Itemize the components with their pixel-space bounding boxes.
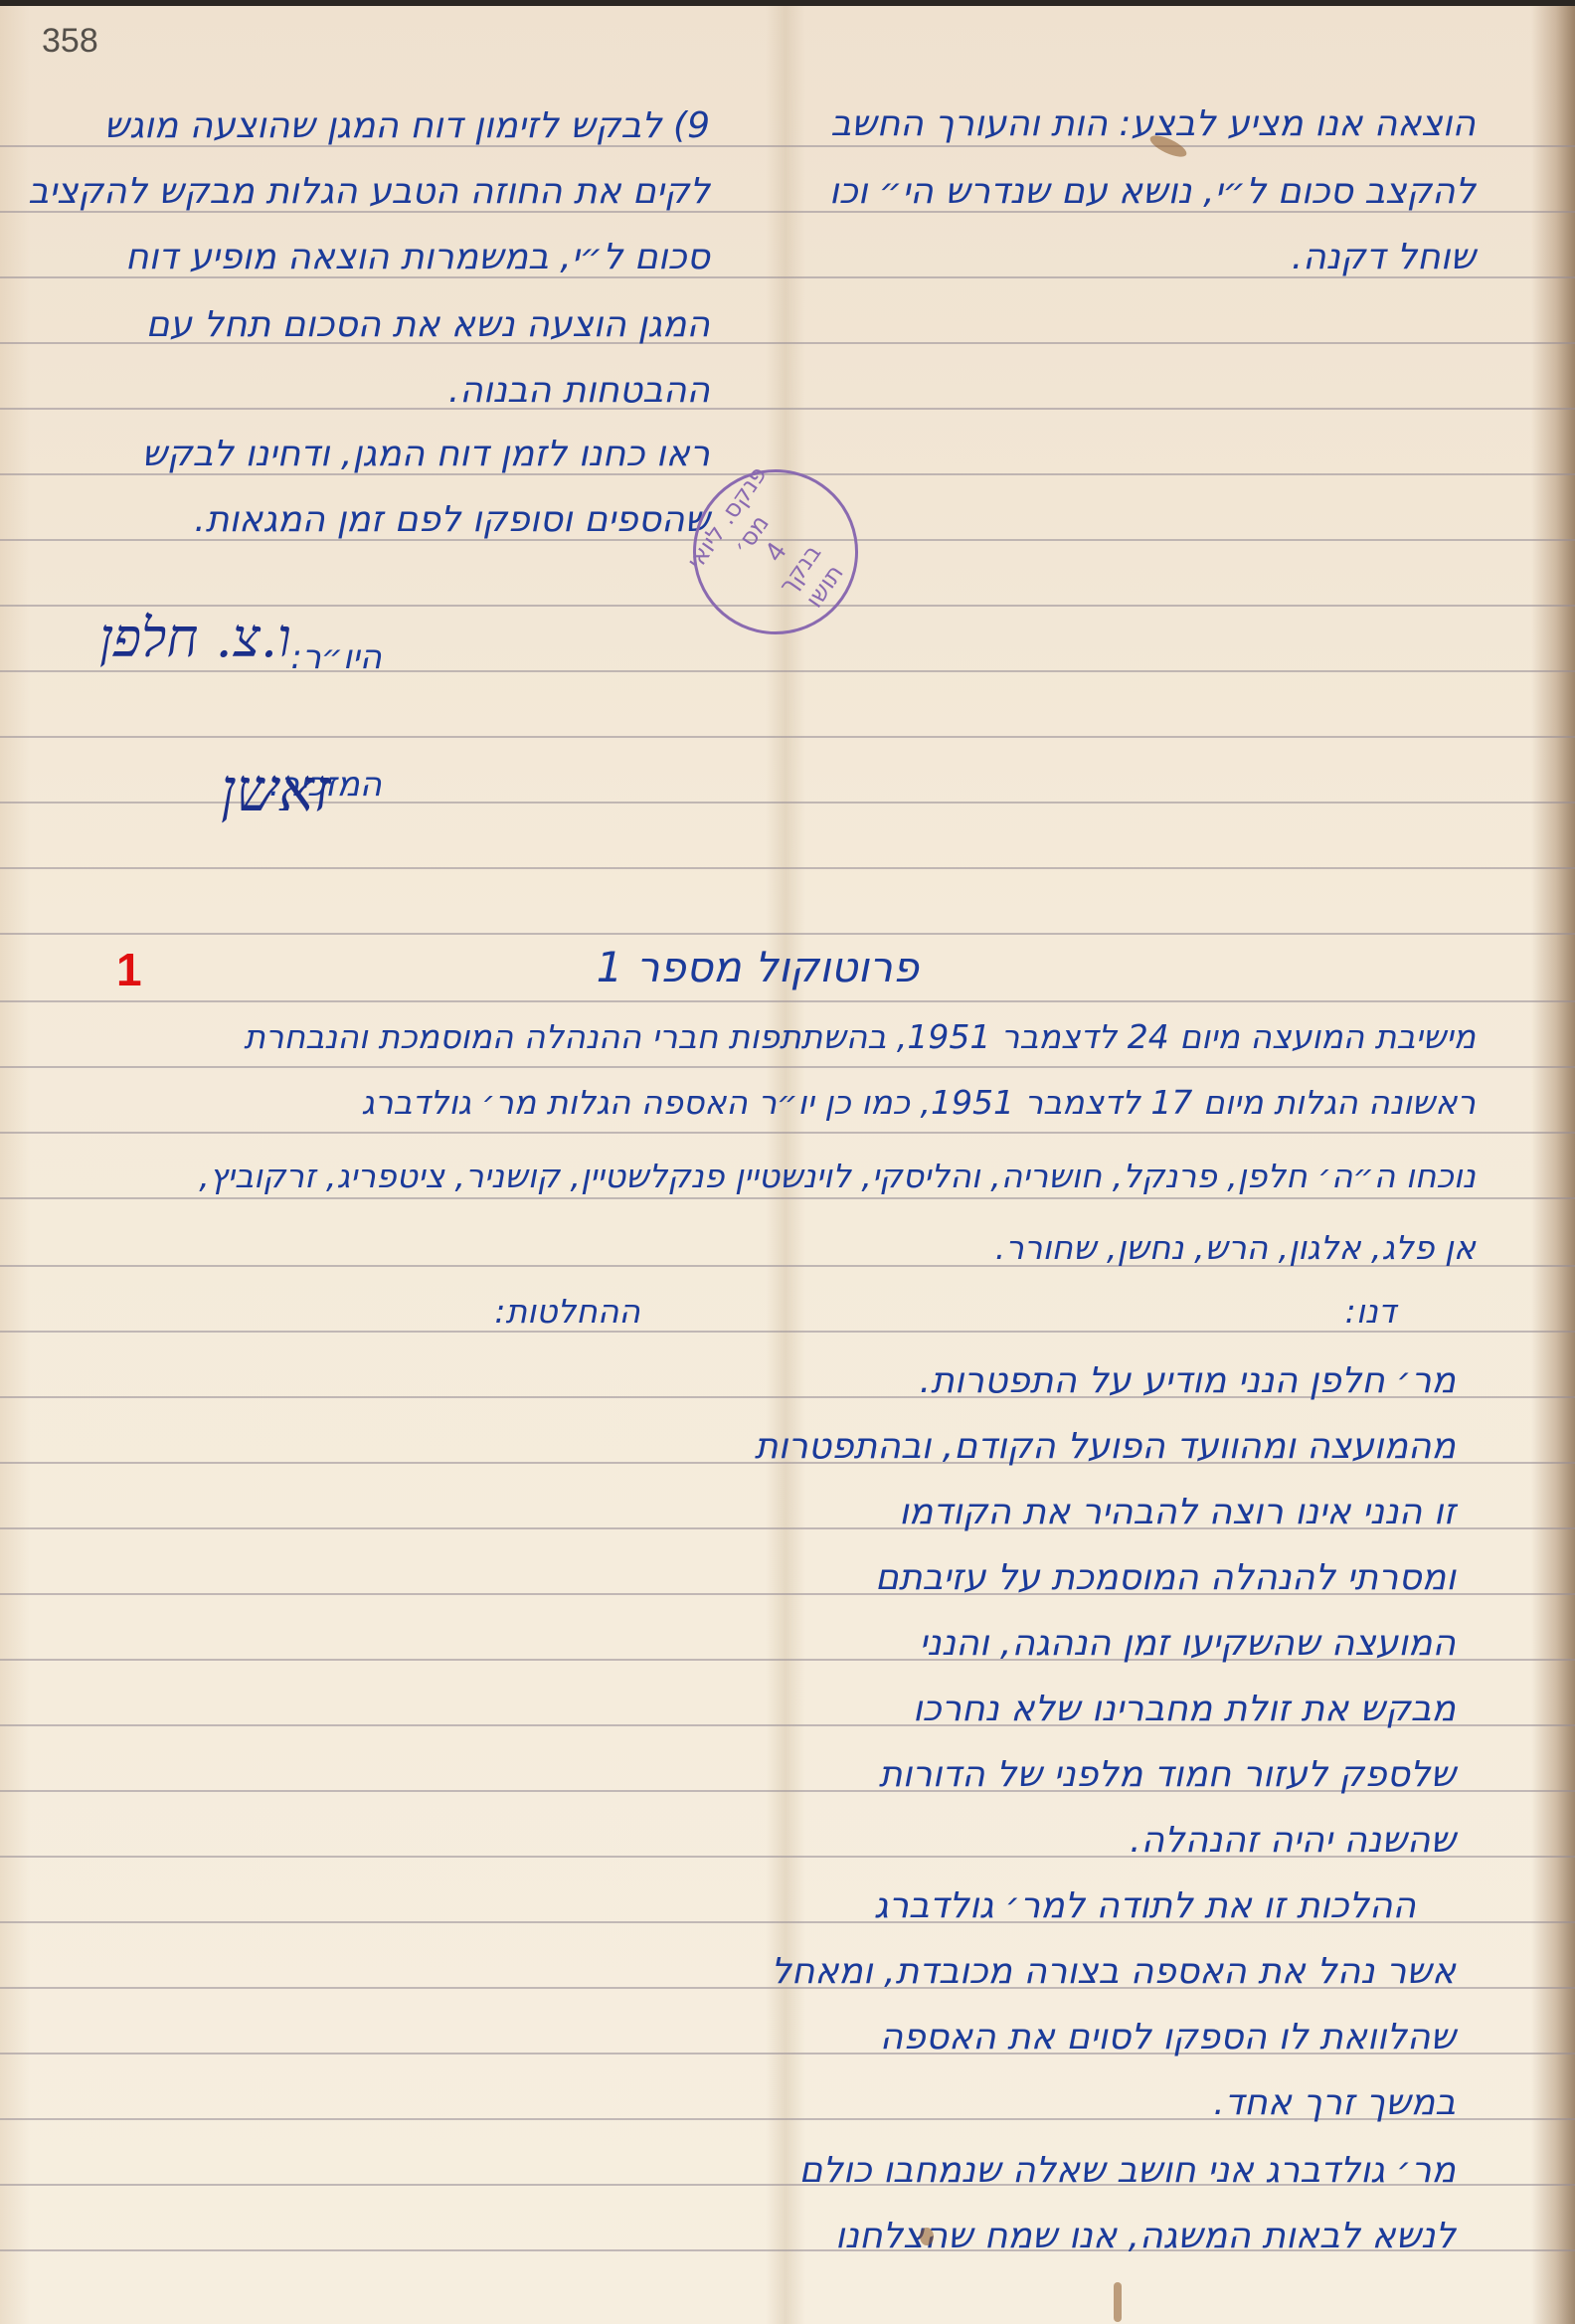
ruled-line [0, 670, 1575, 672]
body-line: במשך זרך אחד. [1213, 2070, 1456, 2136]
intro-line: נוכחו ה״ה׳ חלפן, פרנקל, חושריה, והליסקי,… [199, 1144, 1476, 1209]
scan-top-edge [0, 0, 1575, 6]
top-left-line: שהספים וסופקו לפם זמן המגאות. [194, 487, 710, 553]
body-line: אשר נהל את האספה בצורה מכובדת, ומאחל [771, 1939, 1456, 2005]
top-right-line: הוצאה אנו מציע לבצע: הות והעורך החשב [830, 91, 1476, 157]
ruled-line [0, 408, 1575, 410]
top-left-line: לקים את החוזה הטבע הגלות מבקש להקציב [28, 159, 710, 225]
ink-stain [1114, 2282, 1122, 2322]
agenda-heading: דנו: [1345, 1279, 1396, 1344]
top-left-line: 9) לבקש לזימון דוח המגן שהוצעה מוגש [104, 93, 710, 159]
document-page: 358 הוצאה אנו מציע לבצע: הות והעורך החשב… [0, 0, 1575, 2324]
body-line: מר׳ חלפן הנני מודיע על התפטרות. [920, 1348, 1456, 1414]
ink-stain [920, 2228, 934, 2245]
protocol-title: פרוטוקול מספר 1 [597, 935, 919, 1000]
ruled-line [0, 1000, 1575, 1002]
chair-label: היו״ר: [290, 625, 382, 690]
ruled-line [0, 867, 1575, 869]
ruled-line [0, 1331, 1575, 1333]
ruled-line [0, 736, 1575, 738]
body-line: שהשנה יהיה זהנהלה. [1130, 1808, 1456, 1874]
top-left-line: ראו כחנו לזמן דוח המגן, ודחינו לבקש [142, 422, 710, 487]
body-line: ומסרתי להנהלה המוסמכת על עזיבתם [875, 1545, 1456, 1611]
annotation-marker: 1 [116, 943, 142, 996]
body-line: מר׳ גולדברג אני חושב שאלה שנמחבו כולם [798, 2138, 1456, 2204]
body-line: שהלוואת לו הספקו לסוים את האספה [880, 2005, 1456, 2070]
top-left-line: המגן הוצעה נשא את הסכום תחל עם [146, 292, 710, 358]
body-line: זו הנני אינו רוצה להבהיר את הקודמו [899, 1480, 1456, 1545]
body-line: המועצה שהשקיעו זמן הנהגה, והנני [919, 1611, 1456, 1677]
top-left-line: סכום ל״י, במשמרות הוצאה מופיע דוח [125, 225, 710, 290]
body-line: מהמועצה ומהוועד הפועל הקודם, ובהתפטרות [755, 1414, 1456, 1480]
decisions-heading: ההחלטות: [494, 1279, 640, 1344]
body-line: מבקש את זולת מחברינו שלא נחרכו [913, 1677, 1456, 1742]
intro-line: ראשונה הגלות מיום 17 לדצמבר 1951, כמו כן… [361, 1070, 1476, 1136]
top-right-line: שוחל דקנה. [1292, 225, 1476, 290]
intro-line: אן פלג, אלגון, הרש, נחשן, שחורר. [995, 1215, 1476, 1281]
chair-signature: ו.צ. חלפן [99, 607, 291, 669]
secretary-signature: זאשן [221, 756, 331, 825]
body-line: ההלכות זו את לתודה למר׳ גולדברג [874, 1874, 1416, 1939]
top-left-line: ההבטחות הבנוה. [448, 358, 710, 424]
intro-line: מישיבת המועצה מיום 24 לדצמבר 1951, בהשתת… [244, 1004, 1476, 1070]
top-right-line: להקצב סכום ל״י, נושא עם שנדרש הי״ וכו [829, 159, 1476, 225]
body-line: שלספק לעזור חמוד מלפני של הדורות [879, 1742, 1456, 1808]
page-number: 358 [42, 22, 98, 61]
